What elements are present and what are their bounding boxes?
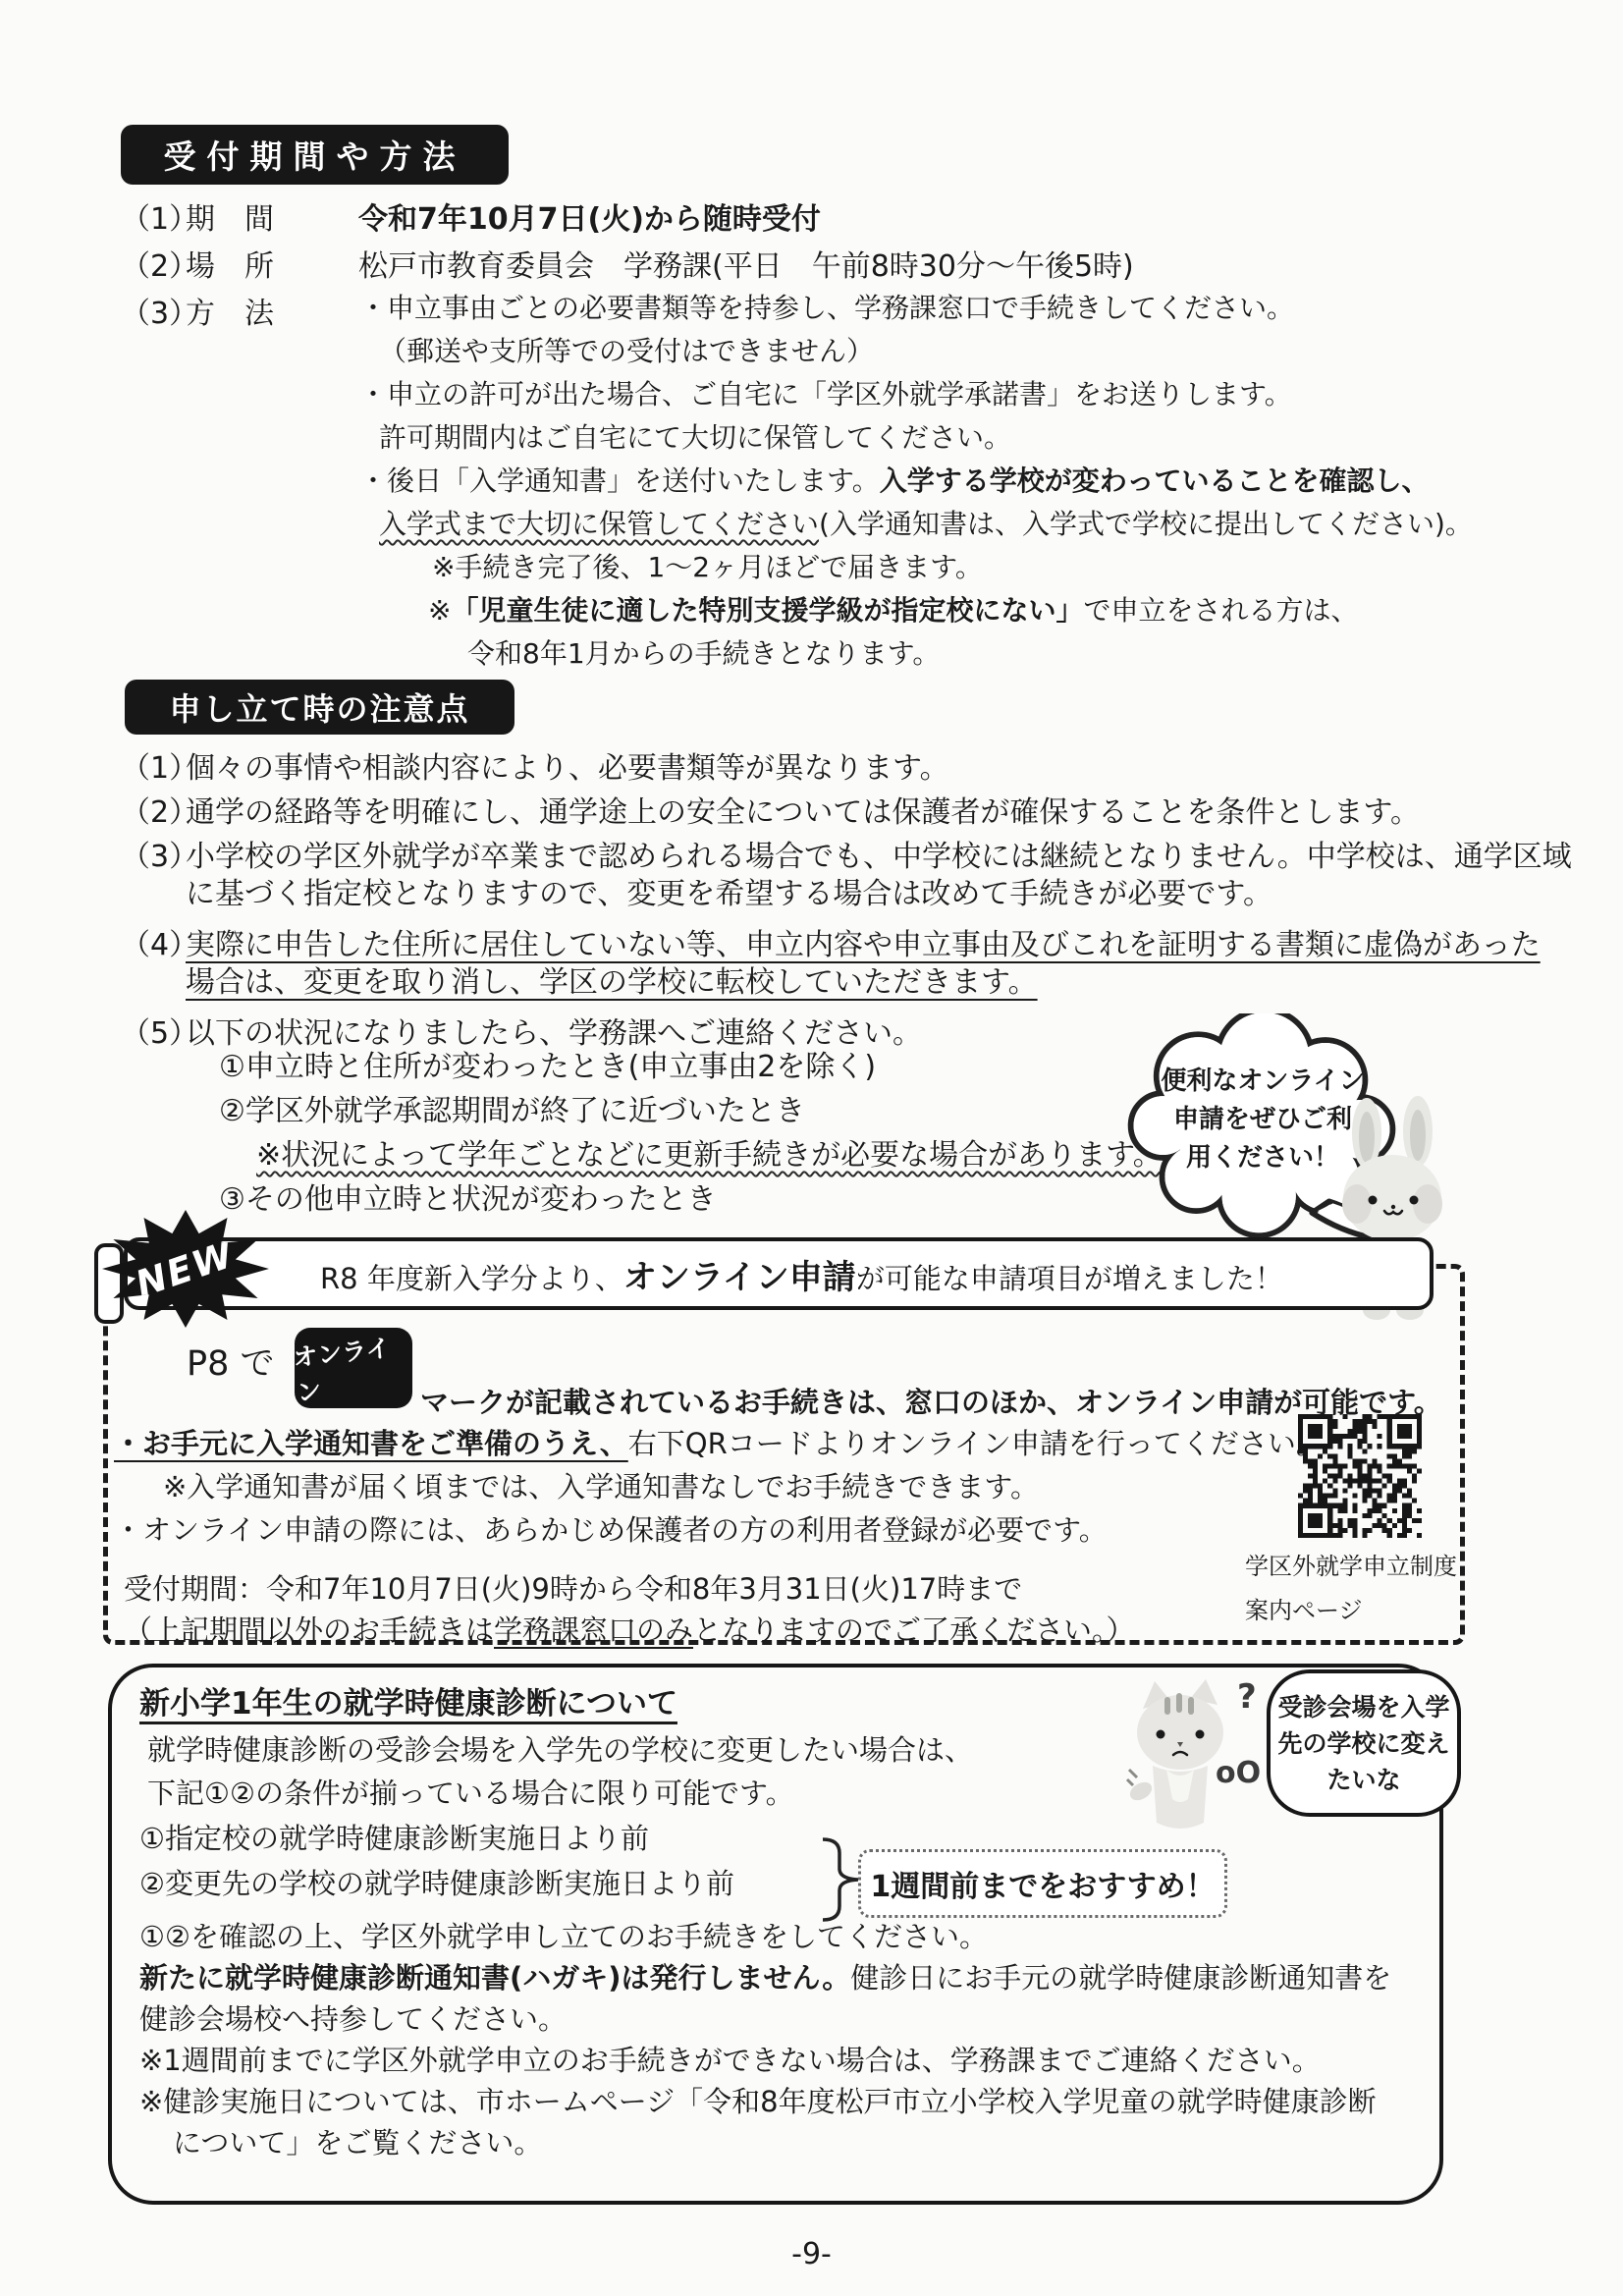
method-bullet-3: ・後日「入学通知書」を送付いたします。入学する学校が変わっていることを確認し、: [359, 464, 1430, 498]
cat-question-mark: ?: [1237, 1677, 1257, 1717]
health-box-title: 新小学1年生の就学時健康診断について: [139, 1685, 677, 1723]
row-number: （2）: [121, 242, 186, 285]
online-bullet-2: ・オンライン申請の際には、あらかじめ保護者の方の利用者登録が必要です。: [114, 1512, 1108, 1548]
online-period-line-2: （上記期間以外のお手続きは学務課窓口のみとなりますのでご了承ください。）: [124, 1613, 1135, 1648]
reception-row-place: （2） 場 所 松戸市教育委員会 学務課(平日 午前8時30分～午後5時): [121, 242, 1134, 285]
row-label: 方 法: [186, 289, 358, 332]
recommendation-box: 1週間前までをおすすめ！: [858, 1849, 1227, 1918]
online-bullet-1-note: ※入学通知書が届く頃までは、入学通知書なしでお手続きできます。: [163, 1469, 1039, 1504]
caution-4: （4）実際に申告した住所に居住していない等、申立内容や申立事由及びこれを証明する…: [121, 920, 1541, 963]
qr-code: [1298, 1414, 1422, 1538]
caution-2: （2）通学の経路等を明確にし、通学途上の安全については保護者が確保することを条件…: [121, 788, 1420, 831]
row-value: 松戸市教育委員会 学務課(平日 午前8時30分～午後5時): [358, 242, 1134, 285]
section-header-reception-label: 受付期間や方法: [164, 132, 466, 178]
health-note-1: ※1週間前までに学区外就学申立のお手続きができない場合は、学務課までご連絡くださ…: [139, 2043, 1321, 2078]
document-page: 受付期間や方法 （1） 期 間 令和7年10月7日(火)から随時受付 （2） 場…: [0, 0, 1623, 2296]
p8-reference: P8 で: [187, 1343, 275, 1387]
caution-5-sub-2-note: ※状況によって学年ごとなどに更新手続きが必要な場合があります。: [256, 1137, 1163, 1175]
caution-5-sub-1: ①申立時と住所が変わったとき(申立事由2を除く): [219, 1049, 876, 1086]
cat-thought-bubble: 受診会場を入学 先の学校に変え たいな: [1267, 1669, 1461, 1817]
online-period-line-1: 受付期間：令和7年10月7日(火)9時から令和8年3月31日(火)17時まで: [124, 1571, 1022, 1607]
online-mark-badge: オンライン: [295, 1328, 412, 1408]
method-bullet-1-sub: （郵送や支所等での受付はできません）: [379, 334, 874, 368]
row-label: 期 間: [186, 194, 358, 238]
method-note-1: ※手続き完了後、1～2ヶ月ほどで届きます。: [432, 550, 983, 584]
health-note-3: について」をご覧ください。: [173, 2125, 542, 2160]
caution-1: （1）個々の事情や相談内容により、必要書類等が異なります。: [121, 743, 949, 787]
page-number: -9-: [0, 2237, 1623, 2271]
row-number: （3）: [121, 289, 186, 332]
reception-row-period: （1） 期 間 令和7年10月7日(火)から随時受付: [121, 194, 821, 238]
qr-caption-line-2: 案内ページ: [1245, 1596, 1363, 1625]
conditions-brace: [819, 1836, 862, 1923]
qr-caption-line-1: 学区外就学申立制度: [1245, 1552, 1457, 1581]
caution-5-sub-2: ②学区外就学承認期間が終了に近づいたとき: [219, 1093, 805, 1130]
section-header-reception: 受付期間や方法: [121, 125, 509, 185]
caution-3: （3）小学校の学区外就学が卒業まで認められる場合でも、中学校には継続となりません…: [121, 832, 1572, 875]
health-notice-cont: 健診会場校へ持参してください。: [139, 2001, 567, 2037]
health-intro-2: 下記①②の条件が揃っている場合に限り可能です。: [147, 1776, 794, 1811]
caution-3-cont: に基づく指定校となりますので、変更を希望する場合は改めて手続きが必要です。: [186, 876, 1272, 913]
banner-curl-decoration: [94, 1243, 124, 1324]
online-bullet-1: ・お手元に入学通知書をご準備のうえ、右下QRコードよりオンライン申請を行ってくだ…: [114, 1426, 1325, 1461]
health-notice: 新たに就学時健康診断通知書(ハガキ)は発行しません。健診日にお手元の就学時健康診…: [139, 1960, 1391, 1995]
caution-5-sub-3: ③その他申立時と状況が変わったとき: [219, 1181, 717, 1219]
reception-row-method: （3） 方 法: [121, 289, 358, 332]
new-banner: R8 年度新入学分より、オンライン申請が可能な申請項目が増えました！: [124, 1237, 1434, 1310]
health-condition-2: ②変更先の学校の就学時健康診断実施日より前: [139, 1866, 734, 1901]
row-number: （1）: [121, 194, 186, 238]
health-note-2: ※健診実施日については、市ホームページ「令和8年度松戸市立小学校入学児童の就学時…: [139, 2084, 1377, 2119]
caution-4-cont: 場合は、変更を取り消し、学区の学校に転校していただきます。: [186, 964, 1038, 1002]
method-note-2: ※「児童生徒に適した特別支援学級が指定校にない」で申立をされる方は、: [428, 593, 1359, 628]
health-step: ①②を確認の上、学区外就学申し立てのお手続きをしてください。: [139, 1919, 988, 1954]
cat-thought-text: 受診会場を入学 先の学校に変え たいな: [1277, 1689, 1449, 1798]
method-bullet-2: ・申立の許可が出た場合、ご自宅に「学区外就学承諾書」をお送りします。: [359, 377, 1292, 411]
row-label: 場 所: [186, 242, 358, 285]
cat-mascot: [1125, 1675, 1235, 1844]
caution-5: （5）以下の状況になりましたら、学務課へご連絡ください。: [121, 1009, 922, 1052]
online-mark-line: マークが記載されているお手続きは、窓口のほか、オンライン申請が可能です。: [420, 1385, 1442, 1420]
section-header-cautions: 申し立て時の注意点: [125, 680, 514, 735]
method-note-2-sub: 令和8年1月からの手続きとなります。: [467, 636, 940, 671]
banner-text: R8 年度新入学分より、オンライン申請が可能な申請項目が増えました！: [320, 1250, 1283, 1298]
row-value: 令和7年10月7日(火)から随時受付: [358, 194, 821, 238]
method-bullet-3-sub: 入学式まで大切に保管してください(入学通知書は、入学式で学校に提出してください)…: [379, 507, 1473, 541]
method-bullet-1: ・申立事由ごとの必要書類等を持参し、学務課窓口で手続きしてください。: [359, 291, 1294, 325]
method-bullet-2-sub: 許可期間内はご自宅にて大切に保管してください。: [379, 420, 1011, 455]
health-intro-1: 就学時健康診断の受診会場を入学先の学校に変更したい場合は、: [147, 1732, 973, 1768]
section-header-cautions-label: 申し立て時の注意点: [169, 684, 469, 730]
health-condition-1: ①指定校の就学時健康診断実施日より前: [139, 1821, 649, 1856]
